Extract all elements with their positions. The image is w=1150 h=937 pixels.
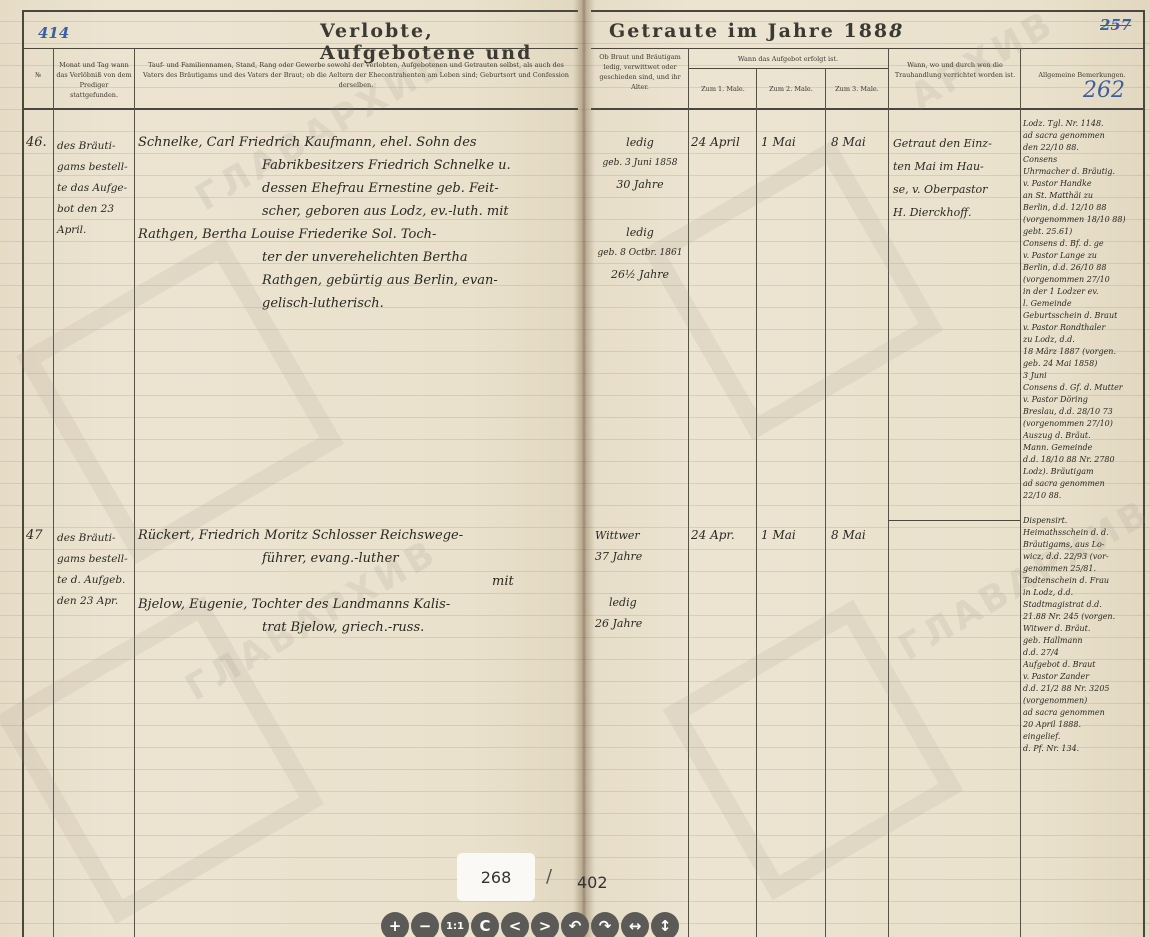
remark-line: zu Lodz, d.d. bbox=[1023, 334, 1145, 346]
page-separator: / bbox=[546, 866, 552, 887]
remark-line: (vorgenommen 18/10 88) bbox=[1023, 214, 1145, 226]
text-line: te d. Aufgeb. bbox=[57, 570, 128, 591]
remark-line: eingelief. bbox=[1023, 731, 1145, 743]
corner-archive-mark: 257 bbox=[1100, 16, 1131, 34]
one-to-one-icon: 1:1 bbox=[446, 921, 464, 932]
remark-line: Berlin, d.d. 26/10 88 bbox=[1023, 262, 1145, 274]
right-page: Getraute im Jahre 1888 257 262 Ob Braut … bbox=[583, 0, 1150, 937]
text-line: ledig bbox=[595, 222, 685, 243]
left-page: 414 Verlobte, Aufgebotene und № Monat un… bbox=[0, 0, 583, 937]
remark-line: d.d. 27/4 bbox=[1023, 647, 1145, 659]
remark-line: geb. 24 Mai 1858) bbox=[1023, 358, 1145, 370]
remark-line: Todtenschein d. Frau bbox=[1023, 575, 1145, 587]
remark-line: Stadtmagistrat d.d. bbox=[1023, 599, 1145, 611]
header-status: Ob Braut und Bräutigam ledig, verwittwet… bbox=[595, 52, 685, 92]
remark-line: gebt. 25.61) bbox=[1023, 226, 1145, 238]
rotate-left-icon: ↶ bbox=[569, 917, 582, 935]
fit-height-button[interactable]: ↕ bbox=[651, 912, 679, 937]
connector-word: mit bbox=[492, 571, 514, 592]
header-banns-group: Wann das Aufgebot erfolgt ist. bbox=[691, 54, 885, 64]
remark-line: d. Pf. Nr. 134. bbox=[1023, 743, 1145, 755]
remark-line: in der 1 Lodzer ev. bbox=[1023, 286, 1145, 298]
remark-line: an St. Matthäi zu bbox=[1023, 190, 1145, 202]
remark-line: Consens bbox=[1023, 154, 1145, 166]
remark-line: genommen 25/81. bbox=[1023, 563, 1145, 575]
groom-status: ledig geb. 3 Juni 1858 30 Jahre bbox=[595, 132, 685, 195]
text-line: gams bestell- bbox=[57, 549, 128, 570]
remark-line: 18 März 1887 (vorgen. bbox=[1023, 346, 1145, 358]
column-divider bbox=[688, 48, 689, 937]
banns-1-date: 24 Apr. bbox=[691, 525, 735, 546]
chevron-left-icon: < bbox=[509, 917, 522, 935]
remark-line: Geburtsschein d. Braut bbox=[1023, 310, 1145, 322]
entry-number: 46. bbox=[26, 132, 47, 153]
chevron-right-icon: > bbox=[539, 917, 552, 935]
remark-line: l. Gemeinde bbox=[1023, 298, 1145, 310]
text-line: Wittwer bbox=[595, 525, 642, 546]
remark-line: ad sacra genommen bbox=[1023, 478, 1145, 490]
remark-line: Auszug d. Bräut. bbox=[1023, 430, 1145, 442]
remark-line: 21.88 Nr. 245 (vorgen. bbox=[1023, 611, 1145, 623]
divider bbox=[22, 108, 578, 110]
divider bbox=[591, 108, 1145, 110]
remark-line: Berlin, d.d. 12/10 88 bbox=[1023, 202, 1145, 214]
text-line: ten Mai im Hau- bbox=[893, 155, 992, 178]
header-banns-1: Zum 1. Male. bbox=[691, 84, 755, 94]
remark-line: ad sacra genommen bbox=[1023, 130, 1145, 142]
remark-line: Consens d. Bf. d. ge bbox=[1023, 238, 1145, 250]
wedding-details: Getraut den Einz- ten Mai im Hau- se, v.… bbox=[893, 132, 992, 224]
zoom-out-button[interactable]: − bbox=[411, 912, 439, 937]
text-line: 37 Jahre bbox=[595, 546, 642, 567]
remark-line: Aufgebot d. Braut bbox=[1023, 659, 1145, 671]
remark-line: Witwer d. Bräut. bbox=[1023, 623, 1145, 635]
remark-line: d.d. 21/2 88 Nr. 3205 bbox=[1023, 683, 1145, 695]
text-line: 26½ Jahre bbox=[595, 264, 685, 285]
remark-line: (vorgenommen 27/10 bbox=[1023, 274, 1145, 286]
text-line: bot den 23 bbox=[57, 199, 128, 220]
text-line: se, v. Oberpastor bbox=[893, 178, 992, 201]
text-line: ledig bbox=[595, 132, 685, 153]
remarks-entry-47: Dispensirt.Heimathsschein d. d.Bräutigam… bbox=[1023, 515, 1145, 755]
remark-line: Mann. Gemeinde bbox=[1023, 442, 1145, 454]
bride-line: Bjelow, Eugenie, Tochter des Landmanns K… bbox=[138, 594, 450, 615]
remark-line: v. Pastor Rondthaler bbox=[1023, 322, 1145, 334]
entry-date: des Bräuti- gams bestell- te das Aufge- … bbox=[57, 136, 128, 241]
text-line: gams bestell- bbox=[57, 157, 128, 178]
remark-line: 22/10 88. bbox=[1023, 490, 1145, 502]
viewer-toolbar: + − 1:1 C < > ↶ ↷ ↔ ↕ bbox=[381, 912, 679, 937]
text-line: Getraut den Einz- bbox=[893, 132, 992, 155]
divider bbox=[888, 520, 1020, 521]
remark-line: Bräutigams, aus Lo- bbox=[1023, 539, 1145, 551]
remark-line: Breslau, d.d. 28/10 73 bbox=[1023, 406, 1145, 418]
remark-line: wicz, d.d. 22/93 (vor- bbox=[1023, 551, 1145, 563]
text-line: geb. 8 Octbr. 1861 bbox=[595, 243, 685, 264]
remark-line: v. Pastor Lange zu bbox=[1023, 250, 1145, 262]
remark-line: Lodz). Bräutigam bbox=[1023, 466, 1145, 478]
remark-line: Heimathsschein d. d. bbox=[1023, 527, 1145, 539]
bride-line: Rathgen, Bertha Louise Friederike Sol. T… bbox=[138, 224, 436, 245]
header-nr: № bbox=[24, 70, 52, 80]
vertical-arrows-icon: ↕ bbox=[659, 917, 672, 935]
text-line: des Bräuti- bbox=[57, 528, 128, 549]
corner-archive-mark: 414 bbox=[38, 24, 69, 42]
bride-line: trat Bjelow, griech.-russ. bbox=[262, 617, 424, 638]
zoom-in-button[interactable]: + bbox=[381, 912, 409, 937]
banns-1-date: 24 April bbox=[691, 132, 740, 153]
entry-date: des Bräuti- gams bestell- te d. Aufgeb. … bbox=[57, 528, 128, 612]
remarks-entry-46: Lodz. Tgl. Nr. 1148.ad sacra genommenden… bbox=[1023, 118, 1145, 502]
text-line: April. bbox=[57, 220, 128, 241]
text-line: geb. 3 Juni 1858 bbox=[595, 153, 685, 174]
remark-line: v. Pastor Handke bbox=[1023, 178, 1145, 190]
text-line: H. Dierckhoff. bbox=[893, 201, 992, 224]
rotate-left-button[interactable]: ↶ bbox=[561, 912, 589, 937]
handwritten-page-number: 262 bbox=[1083, 80, 1125, 101]
next-page-button[interactable]: > bbox=[531, 912, 559, 937]
header-banns-2: Zum 2. Male. bbox=[759, 84, 823, 94]
bride-status: ledig 26 Jahre bbox=[595, 592, 642, 634]
rotate-right-button[interactable]: ↷ bbox=[591, 912, 619, 937]
remark-line: 3 Juni bbox=[1023, 370, 1145, 382]
header-names: Tauf- und Familiennamen, Stand, Rang ode… bbox=[140, 60, 572, 90]
remark-line: v. Pastor Döring bbox=[1023, 394, 1145, 406]
groom-line: Rückert, Friedrich Moritz Schlosser Reic… bbox=[138, 525, 463, 546]
remark-line: 20 April 1888. bbox=[1023, 719, 1145, 731]
text-line: 26 Jahre bbox=[595, 613, 642, 634]
reset-button[interactable]: C bbox=[471, 912, 499, 937]
page-number-input[interactable]: 268 bbox=[457, 853, 535, 901]
header-banns-3: Zum 3. Male. bbox=[827, 84, 887, 94]
text-line: ledig bbox=[595, 592, 642, 613]
remark-line: Dispensirt. bbox=[1023, 515, 1145, 527]
divider bbox=[688, 68, 888, 69]
groom-line: dessen Ehefrau Ernestine geb. Feit- bbox=[262, 178, 499, 199]
remark-line: in Lodz, d.d. bbox=[1023, 587, 1145, 599]
banns-3-date: 8 Mai bbox=[831, 525, 866, 546]
groom-line: scher, geboren aus Lodz, ev.-luth. mit bbox=[262, 201, 509, 222]
remark-line: (vorgenommen 27/10) bbox=[1023, 418, 1145, 430]
refresh-icon: C bbox=[479, 917, 490, 935]
groom-status: Wittwer 37 Jahre bbox=[595, 525, 642, 567]
banns-3-date: 8 Mai bbox=[831, 132, 866, 153]
banns-2-date: 1 Mai bbox=[761, 132, 796, 153]
remark-line: geb. Hallmann bbox=[1023, 635, 1145, 647]
header-remarks: Allgemeine Bemerkungen. bbox=[1023, 70, 1141, 80]
remark-line: v. Pastor Zander bbox=[1023, 671, 1145, 683]
header-date: Monat und Tag wann das Verlöbniß von dem… bbox=[56, 60, 132, 100]
remark-line: ad sacra genommen bbox=[1023, 707, 1145, 719]
banns-2-date: 1 Mai bbox=[761, 525, 796, 546]
remark-line: Lodz. Tgl. Nr. 1148. bbox=[1023, 118, 1145, 130]
right-page-title: Getraute im Jahre 1888 bbox=[609, 20, 904, 42]
remark-line: d.d. 18/10 88 Nr. 2780 bbox=[1023, 454, 1145, 466]
text-line: des Bräuti- bbox=[57, 136, 128, 157]
minus-icon: − bbox=[419, 917, 432, 935]
previous-page-button[interactable]: < bbox=[501, 912, 529, 937]
plus-icon: + bbox=[389, 917, 402, 935]
groom-line: Fabrikbesitzers Friedrich Schnelke u. bbox=[262, 155, 511, 176]
total-pages: 402 bbox=[577, 873, 608, 892]
remark-line: (vorgenommen) bbox=[1023, 695, 1145, 707]
bride-line: gelisch-lutherisch. bbox=[262, 293, 384, 314]
fit-width-button[interactable]: ↔ bbox=[621, 912, 649, 937]
horizontal-arrows-icon: ↔ bbox=[629, 917, 642, 935]
text-line: den 23 Apr. bbox=[57, 591, 128, 612]
groom-line: Schnelke, Carl Friedrich Kaufmann, ehel.… bbox=[138, 132, 477, 153]
left-page-title: Verlobte, Aufgebotene und bbox=[320, 20, 583, 64]
groom-line: führer, evang.-luther bbox=[262, 548, 399, 569]
document-viewer[interactable]: 414 Verlobte, Aufgebotene und № Monat un… bbox=[0, 0, 1150, 937]
remark-line: Uhrmacher d. Bräutig. bbox=[1023, 166, 1145, 178]
text-line: 30 Jahre bbox=[595, 174, 685, 195]
divider bbox=[591, 48, 1145, 49]
book-gutter bbox=[573, 0, 595, 937]
rotate-right-icon: ↷ bbox=[599, 917, 612, 935]
bride-line: Rathgen, gebürtig aus Berlin, evan- bbox=[262, 270, 498, 291]
title-text: Getraute im Jahre 188 bbox=[609, 20, 889, 42]
bride-line: ter der unverehelichten Bertha bbox=[262, 247, 468, 268]
entry-number: 47 bbox=[26, 525, 43, 546]
text-line: te das Aufge- bbox=[57, 178, 128, 199]
column-divider bbox=[1020, 48, 1021, 937]
actual-size-button[interactable]: 1:1 bbox=[441, 912, 469, 937]
bride-status: ledig geb. 8 Octbr. 1861 26½ Jahre bbox=[595, 222, 685, 285]
remark-line: Consens d. Gf. d. Mutter bbox=[1023, 382, 1145, 394]
remark-line: den 22/10 88. bbox=[1023, 142, 1145, 154]
handwritten-year-digit: 8 bbox=[889, 20, 904, 42]
